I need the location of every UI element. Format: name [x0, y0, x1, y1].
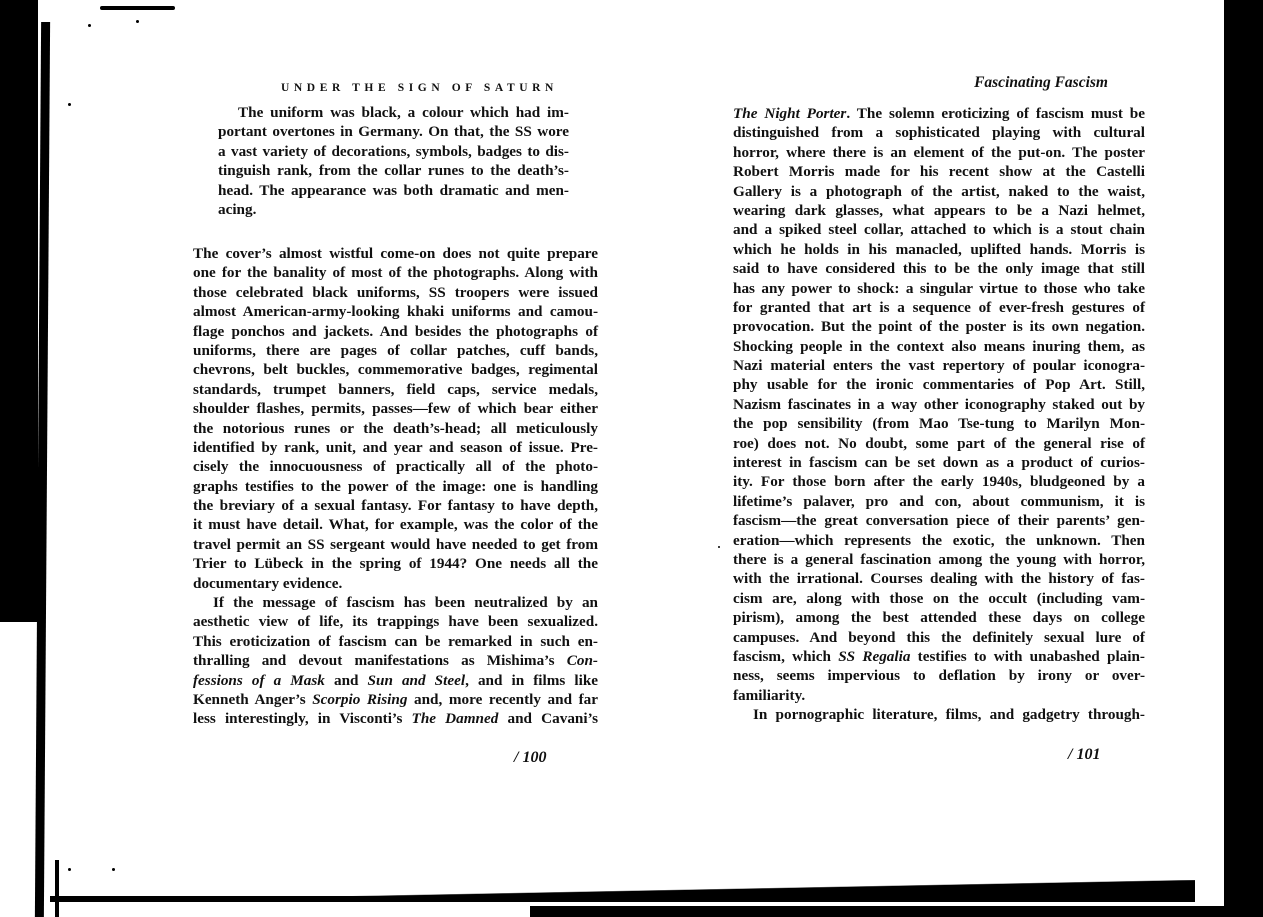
text-line: Robert Morris made for his recent show a… [733, 162, 1145, 181]
text-line: travel permit an SS sergeant would have … [193, 535, 598, 554]
text-line: Trier to Lübeck in the spring of 1944? O… [193, 554, 598, 573]
scan-dust [136, 20, 139, 23]
scan-dust [68, 868, 71, 871]
text-line: In pornographic literature, films, and g… [733, 705, 1145, 724]
text-line: eration—which represents the exotic, the… [733, 531, 1145, 550]
text-line: aesthetic view of life, its trappings ha… [193, 612, 598, 631]
text-line: almost American-army-looking khaki unifo… [193, 302, 598, 321]
text-line: Kenneth Anger’s Scorpio Rising and, more… [193, 690, 598, 709]
text-line: Shocking people in the context also mean… [733, 337, 1145, 356]
text-line: The Night Porter. The solemn eroticizing… [733, 104, 1145, 123]
text-line: head. The appearance was both dramatic a… [218, 181, 569, 200]
text-line: ity. For those born after the early 1940… [733, 472, 1145, 491]
running-head-right: Fascinating Fascism [895, 74, 1145, 92]
text-line: documentary evidence. [193, 574, 598, 593]
text-line: The cover’s almost wistful come-on does … [193, 244, 598, 263]
text-line: one for the banality of most of the phot… [193, 263, 598, 282]
scan-dust [112, 868, 115, 871]
text-line: distinguished from a sophisticated playi… [733, 123, 1145, 142]
text-line: campuses. And beyond this the definitely… [733, 628, 1145, 647]
text-line: provocation. But the point of the poster… [733, 317, 1145, 336]
text-line: standards, trumpet banners, field caps, … [193, 380, 598, 399]
text-line: with the irrational. Courses dealing wit… [733, 569, 1145, 588]
text-line: the notorious runes or the death’s-head;… [193, 419, 598, 438]
block-quote: The uniform was black, a colour which ha… [218, 103, 569, 219]
text-line: and a spiked steel collar, attached to w… [733, 220, 1145, 239]
text-line: Gallery is a photograph of the artist, n… [733, 182, 1145, 201]
text-line: those celebrated black uniforms, SS troo… [193, 283, 598, 302]
running-head-left: UNDER THE SIGN OF SATURN [281, 82, 558, 94]
text-line: uniforms, there are pages of collar patc… [193, 341, 598, 360]
scan-top-smear [100, 6, 175, 10]
text-line: This eroticization of fascism can be rem… [193, 632, 598, 651]
page-number-right: / 101 [1068, 746, 1100, 764]
text-line: which he holds in his manacled, uplifted… [733, 240, 1145, 259]
page-number-left: / 100 [514, 749, 546, 767]
body-text-left: The cover’s almost wistful come-on does … [193, 244, 598, 729]
text-line: graphs testifies to the power of the ima… [193, 477, 598, 496]
text-line: wearing dark glasses, what appears to be… [733, 201, 1145, 220]
text-line: fascism—the great conversation piece of … [733, 511, 1145, 530]
text-line: it must have detail. What, for example, … [193, 515, 598, 534]
text-line: ness, seems impervious to deflation by i… [733, 666, 1145, 685]
text-line: tinguish rank, from the collar runes to … [218, 161, 569, 180]
body-text-right: The Night Porter. The solemn eroticizing… [733, 104, 1145, 725]
text-line: portant overtones in Germany. On that, t… [218, 122, 569, 141]
text-line: less interestingly, in Visconti’s The Da… [193, 709, 598, 728]
text-line: The uniform was black, a colour which ha… [218, 103, 569, 122]
text-line: horror, where there is an element of the… [733, 143, 1145, 162]
text-line: Nazism fascinates in a way other iconogr… [733, 395, 1145, 414]
scan-dust [68, 103, 71, 106]
text-line: phy usable for the ironic commentaries o… [733, 375, 1145, 394]
text-line: acing. [218, 200, 569, 219]
text-line: familiarity. [733, 686, 1145, 705]
scan-bottom-edge-left [50, 896, 530, 902]
text-line: pirism), among the best attended these d… [733, 608, 1145, 627]
text-line: said to have considered this to be the o… [733, 259, 1145, 278]
text-line: fascism, which SS Regalia testifies to w… [733, 647, 1145, 666]
text-line: interest in fascism can be set down as a… [733, 453, 1145, 472]
scan-dust [718, 546, 720, 548]
text-line: chevrons, belt buckles, commemorative ba… [193, 360, 598, 379]
scan-border-left [0, 0, 38, 622]
text-line: has any power to shock: a singular virtu… [733, 279, 1145, 298]
text-line: roe) does not. No doubt, some part of th… [733, 434, 1145, 453]
text-line: fessions of a Mask and Sun and Steel, an… [193, 671, 598, 690]
text-line: thralling and devout manifestations as M… [193, 651, 598, 670]
text-line: for granted that art is a sequence of ev… [733, 298, 1145, 317]
text-line: identified by rank, unit, and year and s… [193, 438, 598, 457]
text-line: Nazi material enters the vast repertory … [733, 356, 1145, 375]
scan-dust [88, 24, 91, 27]
text-line: cism are, along with those on the occult… [733, 589, 1145, 608]
text-line: there is a general fascination among the… [733, 550, 1145, 569]
text-line: lifetime’s palaver, pro and con, about c… [733, 492, 1145, 511]
scan-border-right [1224, 0, 1263, 917]
text-line: If the message of fascism has been neutr… [193, 593, 598, 612]
text-line: the pop sensibility (from Mao Tse-tung t… [733, 414, 1145, 433]
text-line: a vast variety of decorations, symbols, … [218, 142, 569, 161]
text-line: the breviary of a sexual fantasy. For fa… [193, 496, 598, 515]
text-line: flage ponchos and jackets. And besides t… [193, 322, 598, 341]
text-line: shoulder flashes, permits, passes—few of… [193, 399, 598, 418]
text-line: cisely the innocuousness of practically … [193, 457, 598, 476]
scan-bottom-edge-right [530, 906, 1224, 917]
